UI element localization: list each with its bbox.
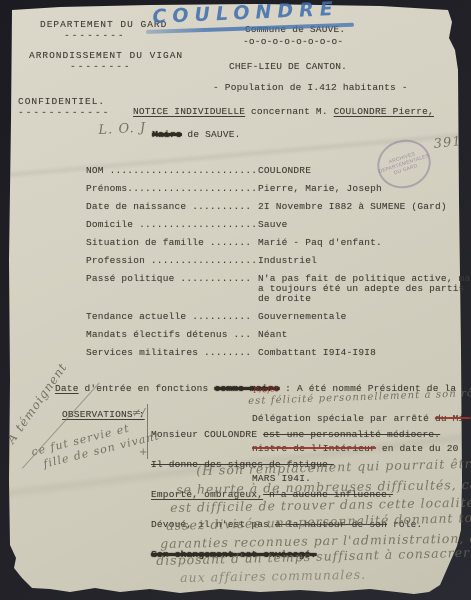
field-value: Pierre, Marie, Joseph <box>258 184 466 194</box>
observation-line1: Monsieur COULONDRE est une personnalité … <box>151 430 440 440</box>
field-row-passe-politique: Passé politique ............N'a pas fait… <box>86 274 466 304</box>
arrondissement-label: ARRONDISSEMENT DU VIGAN <box>29 51 183 61</box>
population-line: - Population de I.412 habitants - <box>213 83 408 93</box>
field-row-famille: Situation de famille .......Marié - Paq … <box>86 238 466 248</box>
confidentiel-underline-dashes: ------------ <box>18 108 110 118</box>
field-label: Mandats électifs détenus ... <box>86 330 258 340</box>
field-value: Sauve <box>258 220 466 230</box>
field-value: Gouvernementale <box>258 312 466 322</box>
field-value: Marié - Paq d'enfant. <box>258 238 466 248</box>
field-value: Industriel <box>258 256 466 266</box>
field-row-mandats: Mandats électifs détenus ...Néant <box>86 330 466 340</box>
title-line2-rest: de SAUVE. <box>182 129 241 140</box>
observations-margin-plus-mark: + <box>139 447 147 458</box>
arrondissement-underline-dashes: -------- <box>70 62 132 72</box>
field-label: Prénoms...................... <box>86 184 258 194</box>
notice-title-name-underlined: COULONDRE Pierre, <box>334 106 434 117</box>
field-label: Services militaires ........ <box>86 348 258 358</box>
field-label: Tendance actuelle .......... <box>86 312 258 322</box>
field-label: Date de naissance .......... <box>86 202 258 212</box>
field-value: Néant <box>258 330 466 340</box>
field-label: Passé politique ............ <box>86 274 258 284</box>
commune-separator: -o-o-o-o-o-o-o-o- <box>243 37 343 47</box>
title-line2-struck-word: Maire <box>152 129 182 140</box>
field-row-naissance: Date de naissance ..........2I Novembre … <box>86 202 466 212</box>
field-row-nom: NOM .........................COULONDRE <box>86 166 466 176</box>
field-value: COULONDRE <box>258 166 466 176</box>
departement-label: DEPARTEMENT DU GARD <box>40 20 167 30</box>
red-correction-annotation: Préfet <box>253 384 278 395</box>
field-label: Situation de famille ....... <box>86 238 258 248</box>
scanned-document-photo: { "colors": { "paper": "#d6d2c3", "typew… <box>0 0 471 600</box>
entree-line2-struck-red: du Mi- <box>435 413 470 424</box>
observation-line1-struck: est une personnalité médiocre. <box>263 429 440 440</box>
field-row-profession: Profession ..................Industriel <box>86 256 466 266</box>
field-row-prenoms: Prénoms......................Pierre, Mar… <box>86 184 466 194</box>
field-row-domicile: Domicile ....................Sauve <box>86 220 466 230</box>
field-label: Profession .................. <box>86 256 258 266</box>
field-label: NOM ......................... <box>86 166 258 176</box>
field-value: N'a pas fait de politique active, maisa … <box>258 274 471 304</box>
title-line2: Maire de SAUVE. <box>152 130 241 140</box>
fields-block: NOM .........................COULONDRE P… <box>86 166 466 366</box>
field-row-services: Services militaires ........Combattant I… <box>86 348 466 358</box>
notice-title-line: NOTICE INDIVIDUELLE concernant M. COULON… <box>133 107 434 117</box>
observation-line1-pre: Monsieur COULONDRE <box>151 429 263 440</box>
entree-label-underlined: Date <box>55 383 79 394</box>
notice-title-underlined: NOTICE INDIVIDUELLE <box>133 106 245 117</box>
departement-underline-dashes: -------- <box>64 31 126 41</box>
observations-pencil-mark: ≠/ <box>132 406 145 419</box>
folio-number-pencil: 391 <box>433 134 463 152</box>
field-value: Combattant I9I4-I9I8 <box>258 348 466 358</box>
entree-label-rest: d'entrée en fonctions <box>79 383 215 394</box>
chef-lieu-label: CHEF-LIEU DE CANTON. <box>229 62 347 72</box>
field-row-tendance: Tendance actuelle ..........Gouvernement… <box>86 312 466 322</box>
field-value: 2I Novembre I882 à SUMENE (Gard) <box>258 202 466 212</box>
field-value-line: de droite <box>258 294 471 304</box>
confidentiel-label: CONFIDENTIEL. <box>18 97 105 107</box>
field-label: Domicile .................... <box>86 220 258 230</box>
notice-title-middle: concernant M. <box>245 106 334 117</box>
title-pencil-annotation: L. O. J <box>98 120 147 137</box>
